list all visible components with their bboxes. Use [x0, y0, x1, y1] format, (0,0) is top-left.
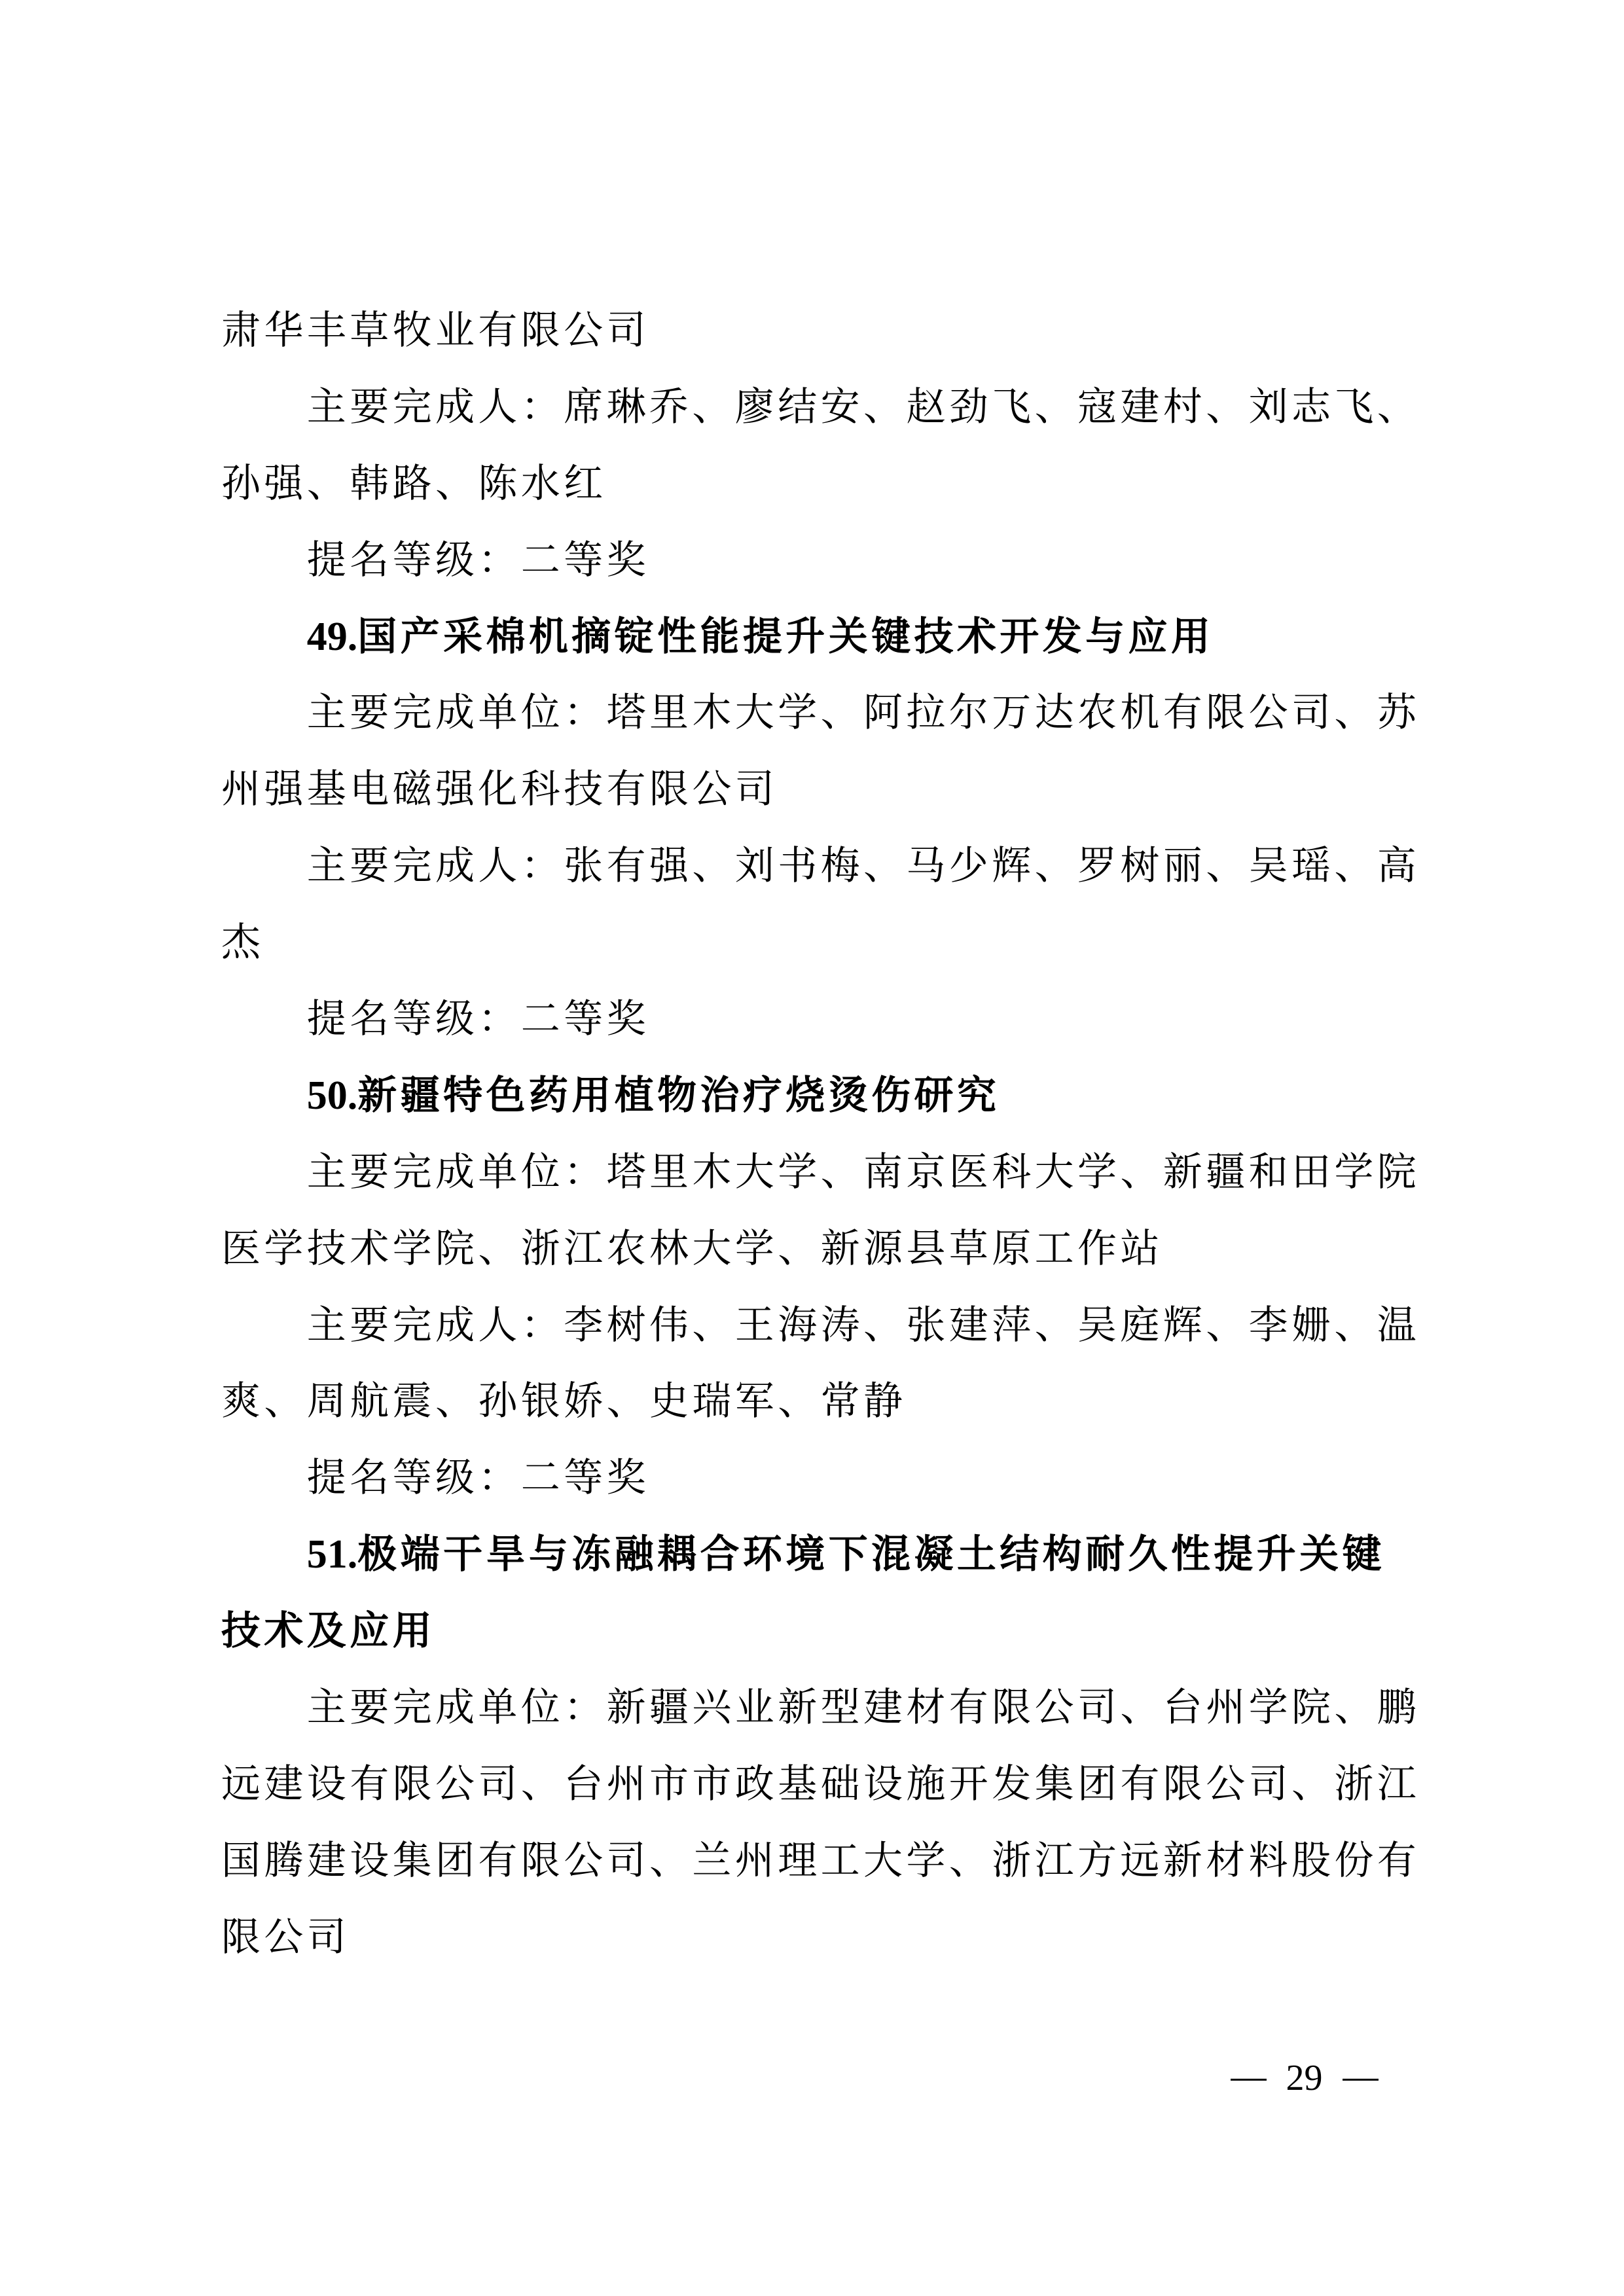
paragraph-line-units-continuation: 医学技术学院、浙江农林大学、新源县草原工作站: [221, 1211, 1422, 1287]
paragraph-line-nomination-level: 提名等级：二等奖: [221, 522, 1422, 599]
page-number-dash-right: [1343, 2079, 1379, 2081]
document-page: 肃华丰草牧业有限公司 主要完成人：席琳乔、廖结安、赵劲飞、寇建村、刘志飞、 孙强…: [0, 0, 1624, 2296]
entry-title: 极端干旱与冻融耦合环境下混凝土结构耐久性提升关键: [357, 1532, 1385, 1577]
entry-heading-51: 51.极端干旱与冻融耦合环境下混凝土结构耐久性提升关键: [221, 1516, 1422, 1593]
paragraph-line-units-continuation: 国腾建设集团有限公司、兰州理工大学、浙江方远新材料股份有: [221, 1823, 1422, 1899]
paragraph-line-people: 主要完成人：张有强、刘书梅、马少辉、罗树丽、吴瑶、高: [221, 828, 1422, 905]
paragraph-line-people: 主要完成人：李树伟、王海涛、张建萍、吴庭辉、李姗、温: [221, 1287, 1422, 1364]
entry-number: 50.: [307, 1073, 358, 1118]
paragraph-line-people-continuation: 孙强、韩路、陈水红: [221, 446, 1422, 522]
paragraph-line-units: 主要完成单位：塔里木大学、阿拉尔万达农机有限公司、苏: [221, 675, 1422, 751]
entry-title: 新疆特色药用植物治疗烧烫伤研究: [357, 1073, 1000, 1119]
page-number-value: 29: [1286, 2055, 1323, 2101]
paragraph-line-units-continuation: 肃华丰草牧业有限公司: [221, 293, 1422, 369]
page-number-dash-left: [1231, 2079, 1267, 2081]
paragraph-line-units-continuation: 限公司: [221, 1899, 1422, 1976]
paragraph-line-nomination-level: 提名等级：二等奖: [221, 981, 1422, 1058]
paragraph-line-units: 主要完成单位：塔里木大学、南京医科大学、新疆和田学院: [221, 1134, 1422, 1211]
paragraph-line-units: 主要完成单位：新疆兴业新型建材有限公司、台州学院、鹏: [221, 1670, 1422, 1746]
entry-heading-50: 50.新疆特色药用植物治疗烧烫伤研究: [221, 1058, 1422, 1134]
paragraph-line-people: 主要完成人：席琳乔、廖结安、赵劲飞、寇建村、刘志飞、: [221, 369, 1422, 446]
entry-number: 51.: [307, 1532, 358, 1577]
paragraph-line-people-continuation: 爽、周航震、孙银娇、史瑞军、常静: [221, 1363, 1422, 1440]
paragraph-line-units-continuation: 州强基电磁强化科技有限公司: [221, 751, 1422, 828]
entry-heading-51-continuation: 技术及应用: [221, 1593, 1422, 1670]
paragraph-line-units-continuation: 远建设有限公司、台州市市政基础设施开发集团有限公司、浙江: [221, 1746, 1422, 1823]
paragraph-line-nomination-level: 提名等级：二等奖: [221, 1440, 1422, 1516]
entry-title: 国产采棉机摘锭性能提升关键技术开发与应用: [357, 614, 1214, 660]
document-body: 肃华丰草牧业有限公司 主要完成人：席琳乔、廖结安、赵劲飞、寇建村、刘志飞、 孙强…: [221, 293, 1422, 1976]
page-number: 29: [1224, 2055, 1384, 2101]
entry-number: 49.: [307, 615, 358, 659]
paragraph-line-people-continuation: 杰: [221, 905, 1422, 981]
entry-heading-49: 49.国产采棉机摘锭性能提升关键技术开发与应用: [221, 599, 1422, 675]
